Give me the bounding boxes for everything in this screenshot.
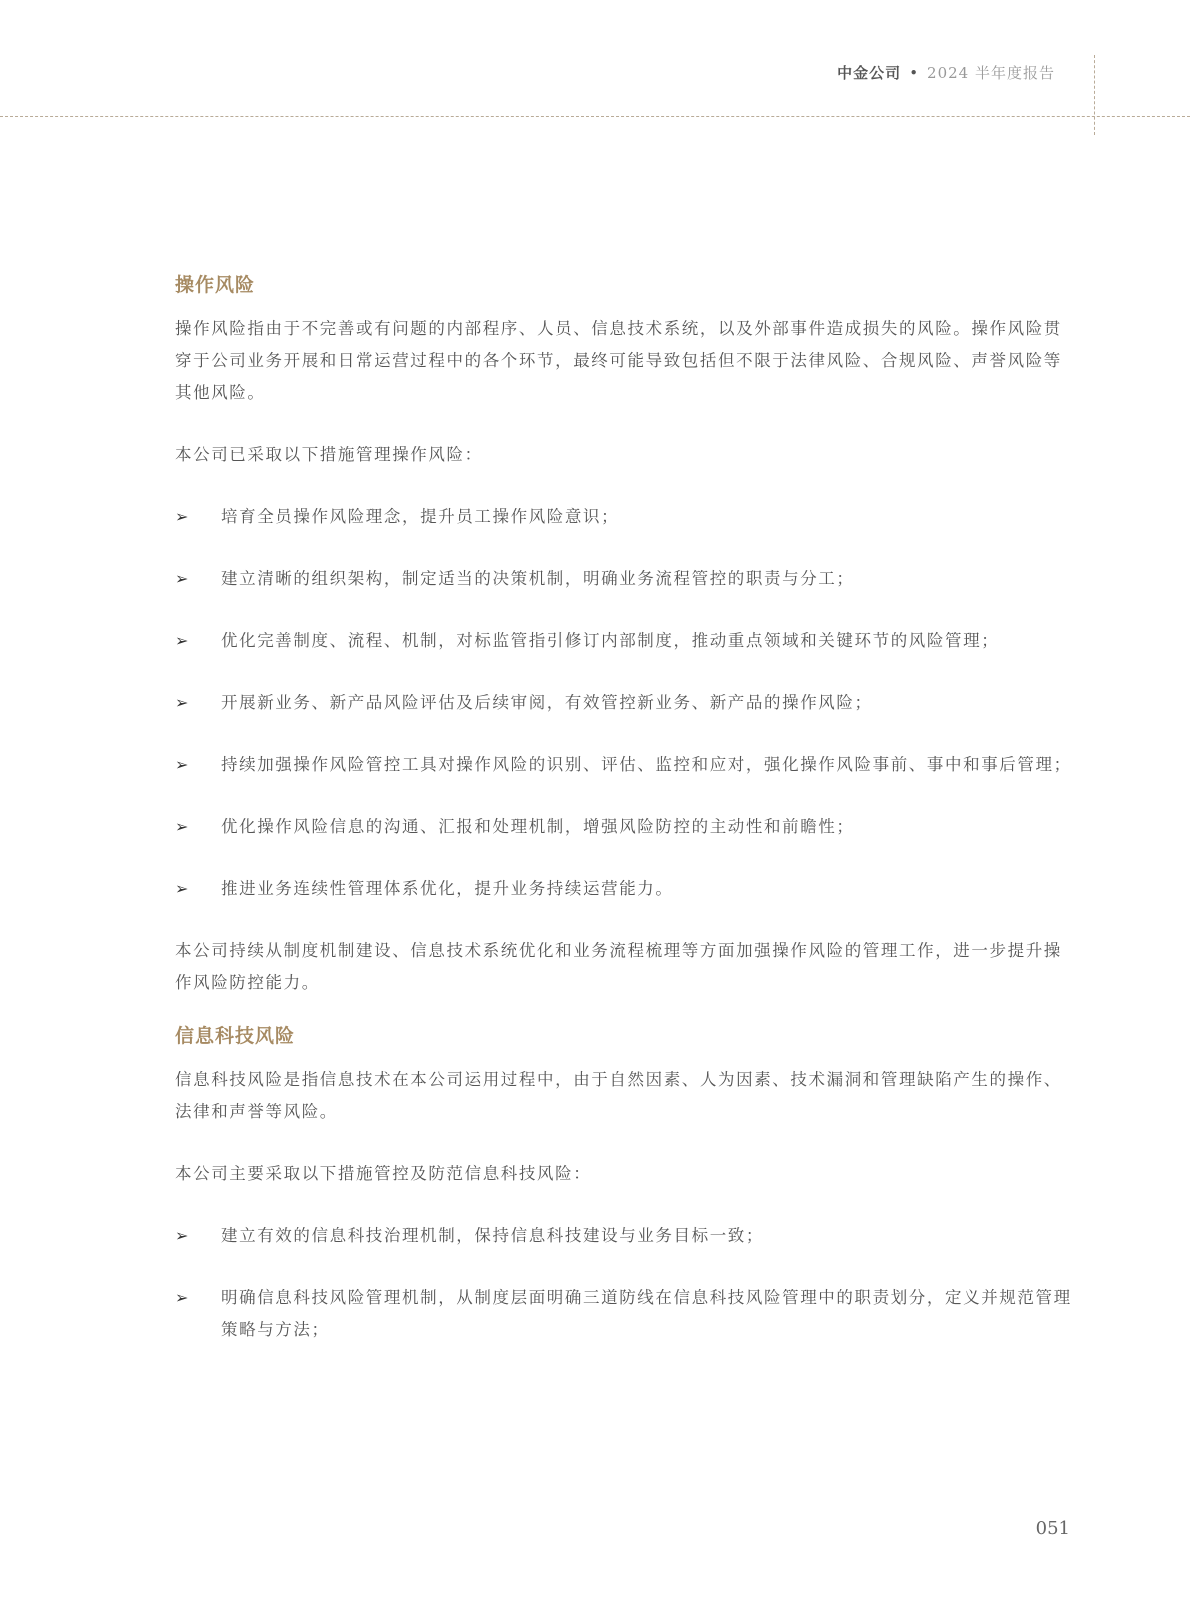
- arrowhead-bullet-icon: ➢: [175, 749, 190, 781]
- bullet-text: 培育全员操作风险理念，提升员工操作风险意识；: [221, 507, 619, 526]
- bullet-text: 开展新业务、新产品风险评估及后续审阅，有效管控新业务、新产品的操作风险；: [221, 693, 873, 712]
- bullet-item: ➢优化完善制度、流程、机制，对标监管指引修订内部制度，推动重点领域和关键环节的风…: [175, 625, 1075, 657]
- header-dashed-rule: [0, 116, 1190, 117]
- bullet-item: ➢优化操作风险信息的沟通、汇报和处理机制，增强风险防控的主动性和前瞻性；: [175, 811, 1075, 843]
- arrowhead-bullet-icon: ➢: [175, 687, 190, 719]
- header-vertical-dashed-rule: [1094, 55, 1095, 135]
- arrowhead-bullet-icon: ➢: [175, 811, 190, 843]
- bullet-text: 建立有效的信息科技治理机制，保持信息科技建设与业务目标一致；: [221, 1226, 764, 1245]
- bullet-item: ➢培育全员操作风险理念，提升员工操作风险意识；: [175, 501, 1075, 533]
- bullet-item: ➢明确信息科技风险管理机制，从制度层面明确三道防线在信息科技风险管理中的职责划分…: [175, 1282, 1075, 1346]
- running-header: 中金公司•2024 半年度报告: [837, 62, 1055, 83]
- bullet-text: 建立清晰的组织架构，制定适当的决策机制，明确业务流程管控的职责与分工；: [221, 569, 855, 588]
- section-lead: 本公司已采取以下措施管理操作风险：: [175, 439, 1075, 471]
- arrowhead-bullet-icon: ➢: [175, 1282, 190, 1314]
- bullet-item: ➢推进业务连续性管理体系优化，提升业务持续运营能力。: [175, 873, 1075, 905]
- section-title: 操作风险: [175, 270, 1075, 297]
- bullet-text: 优化完善制度、流程、机制，对标监管指引修订内部制度，推动重点领域和关键环节的风险…: [221, 631, 999, 650]
- section-title: 信息科技风险: [175, 1021, 1075, 1048]
- arrowhead-bullet-icon: ➢: [175, 501, 190, 533]
- bullet-item: ➢开展新业务、新产品风险评估及后续审阅，有效管控新业务、新产品的操作风险；: [175, 687, 1075, 719]
- page-body: 操作风险 操作风险指由于不完善或有问题的内部程序、人员、信息技术系统，以及外部事…: [175, 270, 1075, 1376]
- bullet-item: ➢建立清晰的组织架构，制定适当的决策机制，明确业务流程管控的职责与分工；: [175, 563, 1075, 595]
- page-number: 051: [1036, 1518, 1070, 1539]
- section-it-risk: 信息科技风险 信息科技风险是指信息技术在本公司运用过程中，由于自然因素、人为因素…: [175, 1021, 1075, 1346]
- section-intro: 操作风险指由于不完善或有问题的内部程序、人员、信息技术系统，以及外部事件造成损失…: [175, 313, 1075, 409]
- bullet-text: 明确信息科技风险管理机制，从制度层面明确三道防线在信息科技风险管理中的职责划分，…: [221, 1288, 1072, 1339]
- section-operational-risk: 操作风险 操作风险指由于不完善或有问题的内部程序、人员、信息技术系统，以及外部事…: [175, 270, 1075, 999]
- header-company: 中金公司: [837, 64, 901, 82]
- arrowhead-bullet-icon: ➢: [175, 873, 190, 905]
- header-report-title: 2024 半年度报告: [927, 64, 1055, 82]
- section-lead: 本公司主要采取以下措施管控及防范信息科技风险：: [175, 1158, 1075, 1190]
- bullet-text: 推进业务连续性管理体系优化，提升业务持续运营能力。: [221, 879, 674, 898]
- arrowhead-bullet-icon: ➢: [175, 563, 190, 595]
- bullet-item: ➢建立有效的信息科技治理机制，保持信息科技建设与业务目标一致；: [175, 1220, 1075, 1252]
- bullet-text: 优化操作风险信息的沟通、汇报和处理机制，增强风险防控的主动性和前瞻性；: [221, 817, 855, 836]
- section-conclusion: 本公司持续从制度机制建设、信息技术系统优化和业务流程梳理等方面加强操作风险的管理…: [175, 935, 1075, 999]
- bullet-text: 持续加强操作风险管控工具对操作风险的识别、评估、监控和应对，强化操作风险事前、事…: [221, 755, 1072, 774]
- arrowhead-bullet-icon: ➢: [175, 625, 190, 657]
- arrowhead-bullet-icon: ➢: [175, 1220, 190, 1252]
- header-separator-dot: •: [909, 64, 919, 82]
- bullet-item: ➢持续加强操作风险管控工具对操作风险的识别、评估、监控和应对，强化操作风险事前、…: [175, 749, 1075, 781]
- section-intro: 信息科技风险是指信息技术在本公司运用过程中，由于自然因素、人为因素、技术漏洞和管…: [175, 1064, 1075, 1128]
